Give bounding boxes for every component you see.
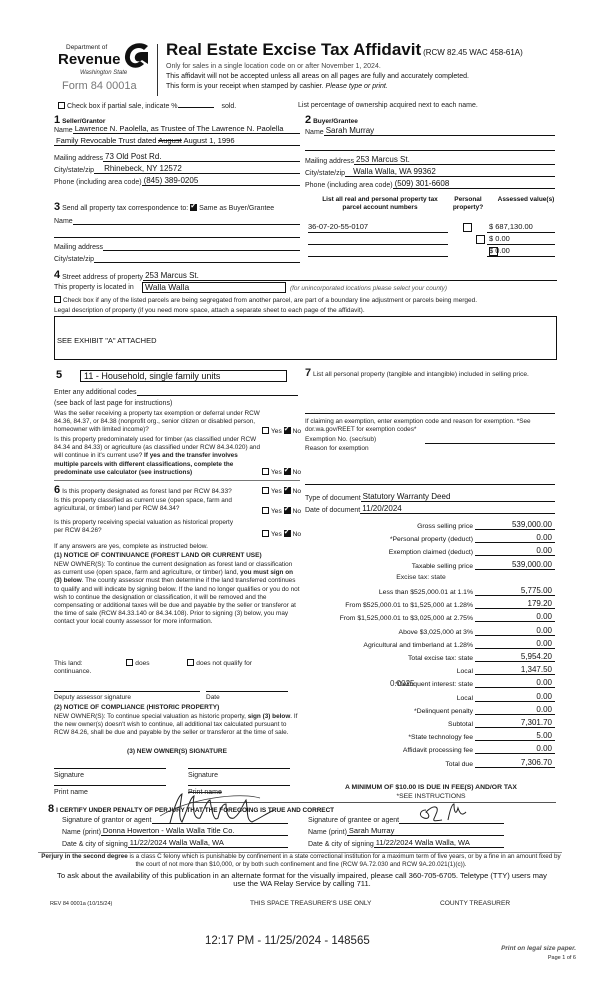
parcel-number-field[interactable]: 36-07-20-55-0107 — [308, 222, 448, 233]
s6-q1-yes-checkbox[interactable] — [262, 487, 269, 494]
partial-sale-suffix: sold. — [221, 103, 236, 110]
segregated-row: Check box if any of the listed parcels a… — [54, 296, 477, 304]
buyer-phone-label: Phone (including area code) — [305, 182, 393, 189]
section7-label: 7 List all personal property (tangible a… — [305, 369, 555, 379]
yes-label: Yes — [271, 428, 282, 435]
calc-label: Less than $525,000.01 at 1.1% — [305, 589, 475, 596]
seller-name-line2-post: August 1, 1996 — [182, 136, 235, 145]
s5-q2-no-checkbox[interactable] — [284, 468, 291, 475]
this-land-row: This land: does does not qualify for — [54, 659, 252, 667]
calc-value-field[interactable]: 0.00 — [475, 678, 555, 688]
agency-state: Washington State — [80, 70, 127, 76]
grantee-signature-label: Signature of grantee or agent — [308, 817, 399, 824]
buyer-heading-text: Buyer/Grantee — [313, 118, 358, 125]
legal-description-value: SEE EXHIBIT "A" ATTACHED — [57, 336, 157, 345]
personal-property-checkbox[interactable] — [476, 235, 485, 244]
calc-value-field[interactable]: 0.00 — [475, 533, 555, 543]
s6-q3-yes-checkbox[interactable] — [262, 530, 269, 537]
doc-date-field[interactable]: Date of document 11/20/2024 — [305, 504, 555, 514]
segregated-checkbox[interactable] — [54, 296, 61, 303]
same-as-buyer-label: Same as Buyer/Grantee — [199, 205, 274, 212]
parcel-number-field[interactable] — [308, 246, 448, 257]
doc-type-value[interactable]: Statutory Warranty Deed — [361, 492, 555, 502]
seller-phone-value[interactable]: (845) 389-0205 — [142, 176, 300, 186]
legal-description-field[interactable]: SEE EXHIBIT "A" ATTACHED — [54, 316, 557, 360]
grantee-date-field[interactable]: Date & city of signing 11/22/2024 Walla … — [308, 838, 504, 848]
parcels-table: 36-07-20-55-0107 $ 687,130.00 $ 0.00 $ 0… — [0, 0, 600, 10]
calc-section-label: Excise tax: state — [305, 574, 537, 581]
s5-q1-text: Was the seller receiving a property tax … — [54, 410, 264, 435]
parcel-number-field[interactable] — [308, 234, 448, 245]
property-street-label: Street address of property — [62, 274, 143, 281]
seller-city-field[interactable]: City/state/zip Rhinebeck, NY 12572 — [54, 164, 300, 174]
land-does-not-checkbox[interactable] — [187, 659, 194, 666]
no-label: No — [293, 531, 301, 538]
personal-property-checkbox[interactable] — [463, 223, 472, 232]
section-number: 7 — [305, 367, 311, 379]
deputy-date-label: Date — [206, 694, 220, 701]
header-divider — [157, 44, 158, 96]
calc-row: Local 1,347.50 — [305, 663, 555, 675]
buyer-city-label: City/state/zip — [305, 170, 345, 177]
calc-row: Less than $525,000.01 at 1.1% 5,775.00 — [305, 584, 555, 596]
notice1-text: NEW OWNER(S): To continue the current de… — [54, 561, 300, 627]
land-does-checkbox[interactable] — [126, 659, 133, 666]
calc-label: Gross selling price — [305, 523, 475, 530]
seller-name-value[interactable]: Lawrence N. Paolella, as Trustee of The … — [73, 124, 300, 134]
doc-type-label: Type of document — [305, 495, 361, 502]
seller-mailing-label: Mailing address — [54, 155, 103, 162]
s6-q3-text: Is this property receiving special valua… — [54, 519, 244, 535]
this-land-label: This land: — [54, 660, 83, 667]
owner1-print-field[interactable] — [54, 785, 166, 786]
header-line3-italic: Please type or print. — [326, 83, 388, 90]
s5-q2-answer: Yes No — [262, 468, 301, 476]
buyer-phone-field[interactable]: Phone (including area code) (509) 301-66… — [305, 179, 555, 189]
grantee-name-field[interactable]: Name (print) Sarah Murray — [308, 826, 504, 836]
calc-label: Local — [305, 695, 475, 702]
s5-q1-no-checkbox[interactable] — [284, 427, 291, 434]
s6-q1-answer: Yes No — [262, 487, 301, 495]
s6-q1: 6 Is this property designated as forest … — [54, 484, 232, 496]
buyer-name-field[interactable]: Name Sarah Murray — [305, 126, 555, 136]
notice1-text-b: . The county assessor must then determin… — [54, 577, 300, 625]
seller-name-value-2[interactable]: Family Revocable Trust dated August Augu… — [54, 136, 300, 146]
calc-value-field[interactable]: 539,000.00 — [475, 520, 555, 530]
header-line3-text: This form is your receipt when stamped b… — [166, 83, 324, 90]
no-label: No — [293, 488, 301, 495]
legal-description-label: Legal description of property (if you ne… — [54, 307, 365, 314]
owner2-signature-field[interactable] — [188, 768, 290, 769]
calc-value-field[interactable]: 5.00 — [475, 731, 555, 741]
title-text: Real Estate Excise Tax Affidavit — [166, 40, 421, 59]
correspondence-name-value[interactable] — [73, 215, 300, 225]
no-label: No — [293, 469, 301, 476]
agency-logo: Department of Revenue Washington State F… — [58, 42, 158, 104]
calc-label: Local — [305, 668, 475, 675]
s6-q2-answer: Yes No — [262, 507, 301, 515]
local-rate: 0.0025 — [390, 679, 414, 688]
grantee-signature-field[interactable]: Signature of grantee or agent — [308, 814, 504, 824]
perjury-bold: Perjury in the second degree — [41, 853, 127, 860]
grantee-name-value[interactable]: Sarah Murray — [347, 826, 504, 836]
buyer-mailing-field[interactable]: Mailing address 253 Marcus St. — [305, 155, 555, 165]
grantee-date-label: Date & city of signing — [308, 841, 374, 848]
calc-row: *Delinquent interest: state 0.00 — [305, 676, 555, 688]
calc-label: *State technology fee — [305, 734, 475, 741]
s6-q2-text: Is this property classified as current u… — [54, 497, 254, 513]
calc-label: Total excise tax: state — [305, 655, 475, 662]
property-street-value[interactable]: 253 Marcus St. — [143, 271, 557, 281]
page-title: Real Estate Excise Tax Affidavit (RCW 82… — [166, 40, 523, 60]
correspondence-city-label: City/state/zip — [54, 256, 94, 263]
owner1-signature-field[interactable] — [54, 768, 166, 769]
correspondence-city-field[interactable]: City/state/zip — [54, 253, 300, 263]
s5-q2-text: Is this property predominately used for … — [54, 436, 262, 477]
doc-type-field[interactable]: Type of document Statutory Warranty Deed — [305, 492, 555, 502]
property-located-select[interactable]: Walla Walla — [142, 282, 286, 293]
segregated-label: Check box if any of the listed parcels a… — [63, 297, 477, 304]
minimum-due-note: A MINIMUM OF $10.00 IS DUE IN FEE(S) AND… — [300, 784, 562, 791]
alt-format-note: To ask about the availability of this pu… — [52, 872, 552, 888]
use-code-select[interactable]: 11 - Household, single family units — [80, 370, 287, 382]
section-number: 4 — [54, 269, 60, 281]
seller-mailing-field[interactable]: Mailing address 73 Old Post Rd. — [54, 152, 300, 162]
section-number: 6 — [54, 484, 60, 496]
calc-row: Total excise tax: state 5,954.20 — [305, 650, 555, 662]
title-citation: (RCW 82.45 WAC 458-61A) — [423, 48, 523, 57]
correspondence-label: Send all property tax correspondence to: — [62, 205, 188, 212]
calc-value-field[interactable]: 1,347.50 — [475, 665, 555, 675]
section-number: 8 — [48, 803, 54, 815]
s6-q3-no-checkbox[interactable] — [284, 530, 291, 537]
calc-row: *Delinquent penalty 0.00 — [305, 703, 555, 715]
additional-codes-note: (see back of last page for instructions) — [54, 400, 172, 407]
agency-top: Department of — [66, 44, 107, 51]
deputy-signature-field[interactable] — [54, 691, 200, 692]
perjury-note: Perjury in the second degree is a class … — [38, 853, 564, 868]
calc-row: Gross selling price 539,000.00 — [305, 518, 555, 530]
grantor-name-value[interactable]: Donna Howerton - Walla Walla Title Co. — [101, 826, 288, 836]
partial-sale-percent-field[interactable] — [178, 107, 214, 108]
treasurer-use-label: THIS SPACE TREASURER'S USE ONLY — [250, 900, 371, 907]
calc-label: Above $3,025,000 at 3% — [305, 629, 475, 636]
calc-value-field[interactable]: 0.00 — [475, 692, 555, 702]
calc-row: From $525,000.01 to $1,525,000 at 1.28% … — [305, 597, 555, 609]
county-treasurer-label: COUNTY TREASURER — [440, 900, 510, 907]
calc-row: Above $3,025,000 at 3% 0.00 — [305, 624, 555, 636]
buyer-heading: 2 Buyer/Grantee — [305, 114, 358, 126]
seller-name-label: Name — [54, 127, 73, 134]
calc-label: Taxable selling price — [305, 563, 475, 570]
owner1-signature-label: Signature — [54, 772, 84, 779]
calc-row: Agricultural and timberland at 1.28% 0.0… — [305, 637, 555, 649]
exemption-reason-field[interactable] — [305, 484, 555, 485]
revision-number: REV 84 0001a (10/15/24) — [50, 901, 112, 907]
calc-label: From $525,000.01 to $1,525,000 at 1.28% — [305, 602, 475, 609]
parcels-col2-header: Personal property? — [448, 196, 488, 212]
calc-value-field[interactable]: 0.00 — [475, 744, 555, 754]
s6-q3-answer: Yes No — [262, 530, 301, 538]
grantor-handwritten-signature-icon — [160, 788, 280, 828]
calc-value-field[interactable]: 0.00 — [475, 612, 555, 622]
property-located-label: This property is located in — [54, 284, 134, 291]
perjury-text: is a class C felony which is punishable … — [128, 853, 561, 868]
buyer-phone-value[interactable]: (509) 301-6608 — [393, 179, 555, 189]
yes-label: Yes — [271, 531, 282, 538]
seller-city-value[interactable]: Rhinebeck, NY 12572 — [94, 164, 300, 174]
s6-q2-no-checkbox[interactable] — [284, 507, 291, 514]
calc-value-field[interactable]: 7,301.70 — [475, 718, 555, 728]
grantor-signature-label: Signature of grantor or agent — [62, 817, 152, 824]
owner2-signature-label: Signature — [188, 772, 218, 779]
seller-phone-label: Phone (including area code) — [54, 179, 142, 186]
calc-label: From $1,525,000.01 to $3,025,000 at 2.75… — [305, 615, 475, 622]
correspondence-mailing-label: Mailing address — [54, 244, 103, 251]
ownership-note: List percentage of ownership acquired ne… — [298, 102, 478, 109]
correspondence-mailing-field[interactable]: Mailing address — [54, 241, 300, 251]
grantor-date-field[interactable]: Date & city of signing 11/22/2024 Walla … — [62, 838, 288, 848]
additional-codes-value[interactable] — [137, 388, 299, 396]
calc-row: Affidavit processing fee 0.00 — [305, 742, 555, 754]
calc-row: From $1,525,000.01 to $3,025,000 at 2.75… — [305, 610, 555, 622]
header-line2: This affidavit will not be accepted unle… — [166, 73, 469, 80]
seller-mailing-value[interactable]: 73 Old Post Rd. — [103, 152, 300, 162]
correspondence-name-label: Name — [54, 218, 73, 225]
calc-value-field[interactable]: 5,775.00 — [475, 586, 555, 596]
notice2-title: (2) NOTICE OF COMPLIANCE (HISTORIC PROPE… — [54, 704, 219, 711]
continuance-label: continuance. — [54, 668, 91, 675]
doc-date-value[interactable]: 11/20/2024 — [360, 504, 555, 514]
page-number: Page 1 of 6 — [470, 955, 576, 961]
grantee-handwritten-signature-icon — [412, 800, 472, 824]
calc-value-field[interactable]: 0.00 — [475, 546, 555, 556]
notice2-text: NEW OWNER(S): To continue special valuat… — [54, 713, 300, 738]
calc-row: Subtotal 7,301.70 — [305, 716, 555, 728]
property-street-field[interactable]: 4 Street address of property 253 Marcus … — [54, 269, 557, 281]
deputy-signature-label: Deputy assessor signature — [54, 694, 131, 701]
seller-city-label: City/state/zip — [54, 167, 94, 174]
s6-q1-no-checkbox[interactable] — [284, 487, 291, 494]
additional-codes-label: Enter any additional codes — [54, 389, 137, 396]
yes-label: Yes — [271, 488, 282, 495]
notice2-text-bold: sign (3) below — [248, 713, 291, 720]
if-yes-note: If any answers are yes, complete as inst… — [54, 543, 208, 550]
buyer-name-label: Name — [305, 129, 324, 136]
seller-name-field[interactable]: Name Lawrence N. Paolella, as Trustee of… — [54, 124, 300, 134]
section-5-number: 5 — [56, 369, 62, 381]
notice2-text-a: NEW OWNER(S): To continue special valuat… — [54, 713, 248, 720]
land-does-not-label: does not qualify for — [196, 660, 252, 667]
exemption-no-label: Exemption No. (sec/sub) — [305, 436, 376, 443]
calc-label: *Personal property (deduct) — [305, 536, 475, 543]
buyer-mailing-label: Mailing address — [305, 158, 354, 165]
correspondence-city-value[interactable] — [94, 253, 300, 263]
correspondence-heading: 3 Send all property tax correspondence t… — [54, 201, 274, 213]
calc-label: Subtotal — [305, 721, 475, 728]
correspondence-name-field[interactable]: Name — [54, 215, 300, 225]
calc-row: Total due 7,306.70 — [305, 756, 555, 768]
assessed-value-field[interactable]: $ 0.00 — [487, 234, 555, 245]
buyer-name-value[interactable]: Sarah Murray — [324, 126, 555, 136]
treasurer-stamp: 12:17 PM - 11/25/2024 - 148565 — [205, 935, 370, 947]
buyer-mailing-value[interactable]: 253 Marcus St. — [354, 155, 555, 165]
yes-label: Yes — [271, 508, 282, 515]
yes-label: Yes — [271, 469, 282, 476]
grantor-name-label: Name (print) — [62, 829, 101, 836]
calc-row: Local 0.00 — [305, 690, 555, 702]
partial-sale-row: Check box if partial sale, indicate % so… — [58, 102, 236, 110]
exemption-no-field[interactable] — [425, 443, 555, 444]
doc-date-label: Date of document — [305, 507, 360, 514]
section-divider — [54, 480, 300, 481]
parcels-col1-header: List all real and personal property tax … — [312, 196, 448, 212]
grantor-date-label: Date & city of signing — [62, 841, 128, 848]
calc-value-field[interactable]: 0.00 — [475, 705, 555, 715]
s5-q1-answer: Yes No — [262, 427, 301, 435]
seller-name-line2-pre: Family Revocable Trust dated — [56, 136, 158, 145]
calc-row: *State technology fee 5.00 — [305, 729, 555, 741]
calc-value-field[interactable]: 179.20 — [475, 599, 555, 609]
buyer-name-line-2[interactable] — [305, 150, 555, 151]
calc-value-field[interactable]: 0.00 — [475, 626, 555, 636]
header-line3: This form is your receipt when stamped b… — [166, 83, 388, 90]
partial-sale-checkbox[interactable] — [58, 102, 65, 109]
buyer-city-value[interactable]: Walla Walla, WA 99362 — [345, 167, 555, 177]
calc-label: Total due — [305, 761, 475, 768]
grantee-date-value[interactable]: 11/22/2024 Walla Walla, WA — [374, 838, 504, 848]
owner2-print-field[interactable] — [188, 785, 290, 786]
form-number: Form 84 0001a — [62, 80, 137, 92]
calc-value-field[interactable]: 5,954.20 — [475, 652, 555, 662]
additional-codes-field[interactable]: Enter any additional codes — [54, 388, 298, 396]
owner1-print-label: Print name — [54, 789, 88, 796]
deputy-date-field[interactable] — [206, 691, 288, 692]
property-located-note: (for unincorporated locations please sel… — [290, 285, 447, 292]
seller-name-field-2[interactable]: Family Revocable Trust dated August Augu… — [54, 136, 300, 146]
calc-row: Taxable selling price 539,000.00 — [305, 558, 555, 570]
personal-property-field[interactable] — [305, 413, 555, 414]
calc-row: *Personal property (deduct) 0.00 — [305, 531, 555, 543]
calc-label: Agricultural and timberland at 1.28% — [305, 642, 475, 649]
exemption-reason-label: Reason for exemption — [305, 445, 369, 452]
seller-name-struck: August — [158, 136, 182, 145]
no-label: No — [293, 428, 301, 435]
exemption-text: If claiming an exemption, enter exemptio… — [305, 418, 545, 434]
calc-value-field[interactable]: 0.00 — [475, 639, 555, 649]
seller-phone-field[interactable]: Phone (including area code) (845) 389-02… — [54, 176, 300, 186]
revenue-swirl-icon — [122, 42, 152, 70]
calc-value-field[interactable]: 539,000.00 — [475, 560, 555, 570]
see-instructions-note: *SEE INSTRUCTIONS — [300, 793, 562, 800]
section7-label-text: List all personal property (tangible and… — [313, 371, 529, 378]
land-does-label: does — [135, 660, 149, 667]
calc-label: Affidavit processing fee — [305, 747, 475, 754]
new-owner-signature-title: (3) NEW OWNER(S) SIGNATURE — [54, 748, 300, 755]
correspondence-mailing-value[interactable] — [103, 241, 300, 251]
calc-label: *Delinquent penalty — [305, 708, 475, 715]
agency-name: Revenue — [58, 51, 121, 68]
grantee-name-label: Name (print) — [308, 829, 347, 836]
calc-value-field[interactable]: 7,306.70 — [475, 758, 555, 768]
s5-q2-yes-checkbox[interactable] — [262, 468, 269, 475]
grantor-name-field[interactable]: Name (print) Donna Howerton - Walla Wall… — [62, 826, 288, 836]
s6-q2-yes-checkbox[interactable] — [262, 507, 269, 514]
calc-row: Exemption claimed (deduct) 0.00 — [305, 544, 555, 556]
buyer-city-field[interactable]: City/state/zip Walla Walla, WA 99362 — [305, 167, 555, 177]
no-label: No — [293, 508, 301, 515]
partial-sale-label: Check box if partial sale, indicate % — [67, 103, 178, 110]
same-as-buyer-checkbox[interactable] — [190, 204, 197, 211]
assessed-value-field[interactable]: $ 687,130.00 — [487, 222, 555, 233]
notice1-title: (1) NOTICE OF CONTINUANCE (FOREST LAND O… — [54, 552, 262, 559]
calc-label: Exemption claimed (deduct) — [305, 549, 475, 556]
grantor-date-value[interactable]: 11/22/2024 Walla Walla, WA — [128, 838, 288, 848]
parcels-col3-header: Assessed value(s) — [496, 196, 556, 204]
assessed-value-field[interactable]: $ 0.00 — [487, 246, 555, 257]
correspondence-name-line-2[interactable] — [54, 237, 300, 238]
s5-q1-yes-checkbox[interactable] — [262, 427, 269, 434]
section-number: 2 — [305, 114, 311, 126]
print-note: Print on legal size paper. — [470, 945, 576, 952]
header-line1: Only for sales in a single location code… — [166, 63, 381, 70]
section-number: 3 — [54, 201, 60, 213]
s6-q1-text: Is this property designated as forest la… — [62, 488, 232, 495]
